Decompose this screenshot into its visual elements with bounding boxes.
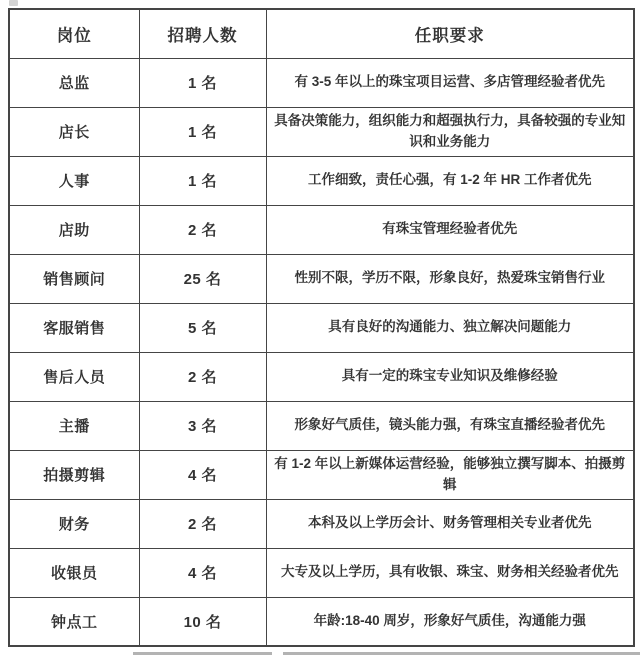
cell-position: 店助 — [9, 205, 139, 254]
cell-requirements: 具备决策能力，组织能力和超强执行力，具备较强的专业知识和业务能力 — [266, 107, 634, 156]
column-header-position: 岗位 — [9, 9, 139, 58]
cell-position: 客服销售 — [9, 303, 139, 352]
cell-count: 25 名 — [139, 254, 266, 303]
cell-requirements: 工作细致，责任心强，有 1-2 年 HR 工作者优先 — [266, 156, 634, 205]
table-row: 总监1 名有 3-5 年以上的珠宝项目运营、多店管理经验者优先 — [9, 58, 634, 107]
cell-count: 4 名 — [139, 548, 266, 597]
cell-count: 2 名 — [139, 352, 266, 401]
cell-count: 1 名 — [139, 156, 266, 205]
cell-requirements: 年龄:18-40 周岁，形象好气质佳，沟通能力强 — [266, 597, 634, 646]
column-header-count: 招聘人数 — [139, 9, 266, 58]
cell-count: 1 名 — [139, 58, 266, 107]
cropped-line-bottom-left — [133, 652, 272, 655]
cell-position: 钟点工 — [9, 597, 139, 646]
cell-position: 总监 — [9, 58, 139, 107]
table-row: 店长1 名具备决策能力，组织能力和超强执行力，具备较强的专业知识和业务能力 — [9, 107, 634, 156]
table-row: 主播3 名形象好气质佳，镜头能力强，有珠宝直播经验者优先 — [9, 401, 634, 450]
cell-count: 1 名 — [139, 107, 266, 156]
cell-count: 3 名 — [139, 401, 266, 450]
cell-count: 2 名 — [139, 499, 266, 548]
table-row: 客服销售5 名具有良好的沟通能力、独立解决问题能力 — [9, 303, 634, 352]
table-row: 收银员4 名大专及以上学历，具有收银、珠宝、财务相关经验者优先 — [9, 548, 634, 597]
cell-requirements: 有 3-5 年以上的珠宝项目运营、多店管理经验者优先 — [266, 58, 634, 107]
table-row: 售后人员2 名具有一定的珠宝专业知识及维修经验 — [9, 352, 634, 401]
table-row: 人事1 名工作细致，责任心强，有 1-2 年 HR 工作者优先 — [9, 156, 634, 205]
cell-position: 拍摄剪辑 — [9, 450, 139, 499]
recruitment-table: 岗位 招聘人数 任职要求 总监1 名有 3-5 年以上的珠宝项目运营、多店管理经… — [8, 8, 635, 647]
cell-requirements: 有 1-2 年以上新媒体运营经验，能够独立撰写脚本、拍摄剪辑 — [266, 450, 634, 499]
cell-position: 财务 — [9, 499, 139, 548]
cell-count: 10 名 — [139, 597, 266, 646]
cell-requirements: 有珠宝管理经验者优先 — [266, 205, 634, 254]
column-header-requirements: 任职要求 — [266, 9, 634, 58]
cell-count: 4 名 — [139, 450, 266, 499]
cell-position: 售后人员 — [9, 352, 139, 401]
header-row: 岗位 招聘人数 任职要求 — [9, 9, 634, 58]
cell-position: 主播 — [9, 401, 139, 450]
table-row: 拍摄剪辑4 名有 1-2 年以上新媒体运营经验，能够独立撰写脚本、拍摄剪辑 — [9, 450, 634, 499]
cell-count: 2 名 — [139, 205, 266, 254]
cell-position: 店长 — [9, 107, 139, 156]
cropped-line-bottom-right — [283, 652, 640, 655]
cell-position: 收银员 — [9, 548, 139, 597]
cell-requirements: 具有一定的珠宝专业知识及维修经验 — [266, 352, 634, 401]
table-row: 财务2 名本科及以上学历会计、财务管理相关专业者优先 — [9, 499, 634, 548]
cell-count: 5 名 — [139, 303, 266, 352]
cropped-content-fragment-top-left — [9, 0, 18, 6]
table-body: 总监1 名有 3-5 年以上的珠宝项目运营、多店管理经验者优先店长1 名具备决策… — [9, 58, 634, 646]
cell-requirements: 具有良好的沟通能力、独立解决问题能力 — [266, 303, 634, 352]
cell-requirements: 性别不限，学历不限，形象良好，热爱珠宝销售行业 — [266, 254, 634, 303]
cell-requirements: 本科及以上学历会计、财务管理相关专业者优先 — [266, 499, 634, 548]
table-row: 钟点工10 名年龄:18-40 周岁，形象好气质佳，沟通能力强 — [9, 597, 634, 646]
table-row: 销售顾问25 名性别不限，学历不限，形象良好，热爱珠宝销售行业 — [9, 254, 634, 303]
table-row: 店助2 名有珠宝管理经验者优先 — [9, 205, 634, 254]
cell-requirements: 大专及以上学历，具有收银、珠宝、财务相关经验者优先 — [266, 548, 634, 597]
cell-position: 销售顾问 — [9, 254, 139, 303]
page: 岗位 招聘人数 任职要求 总监1 名有 3-5 年以上的珠宝项目运营、多店管理经… — [0, 0, 640, 657]
cell-position: 人事 — [9, 156, 139, 205]
cell-requirements: 形象好气质佳，镜头能力强，有珠宝直播经验者优先 — [266, 401, 634, 450]
